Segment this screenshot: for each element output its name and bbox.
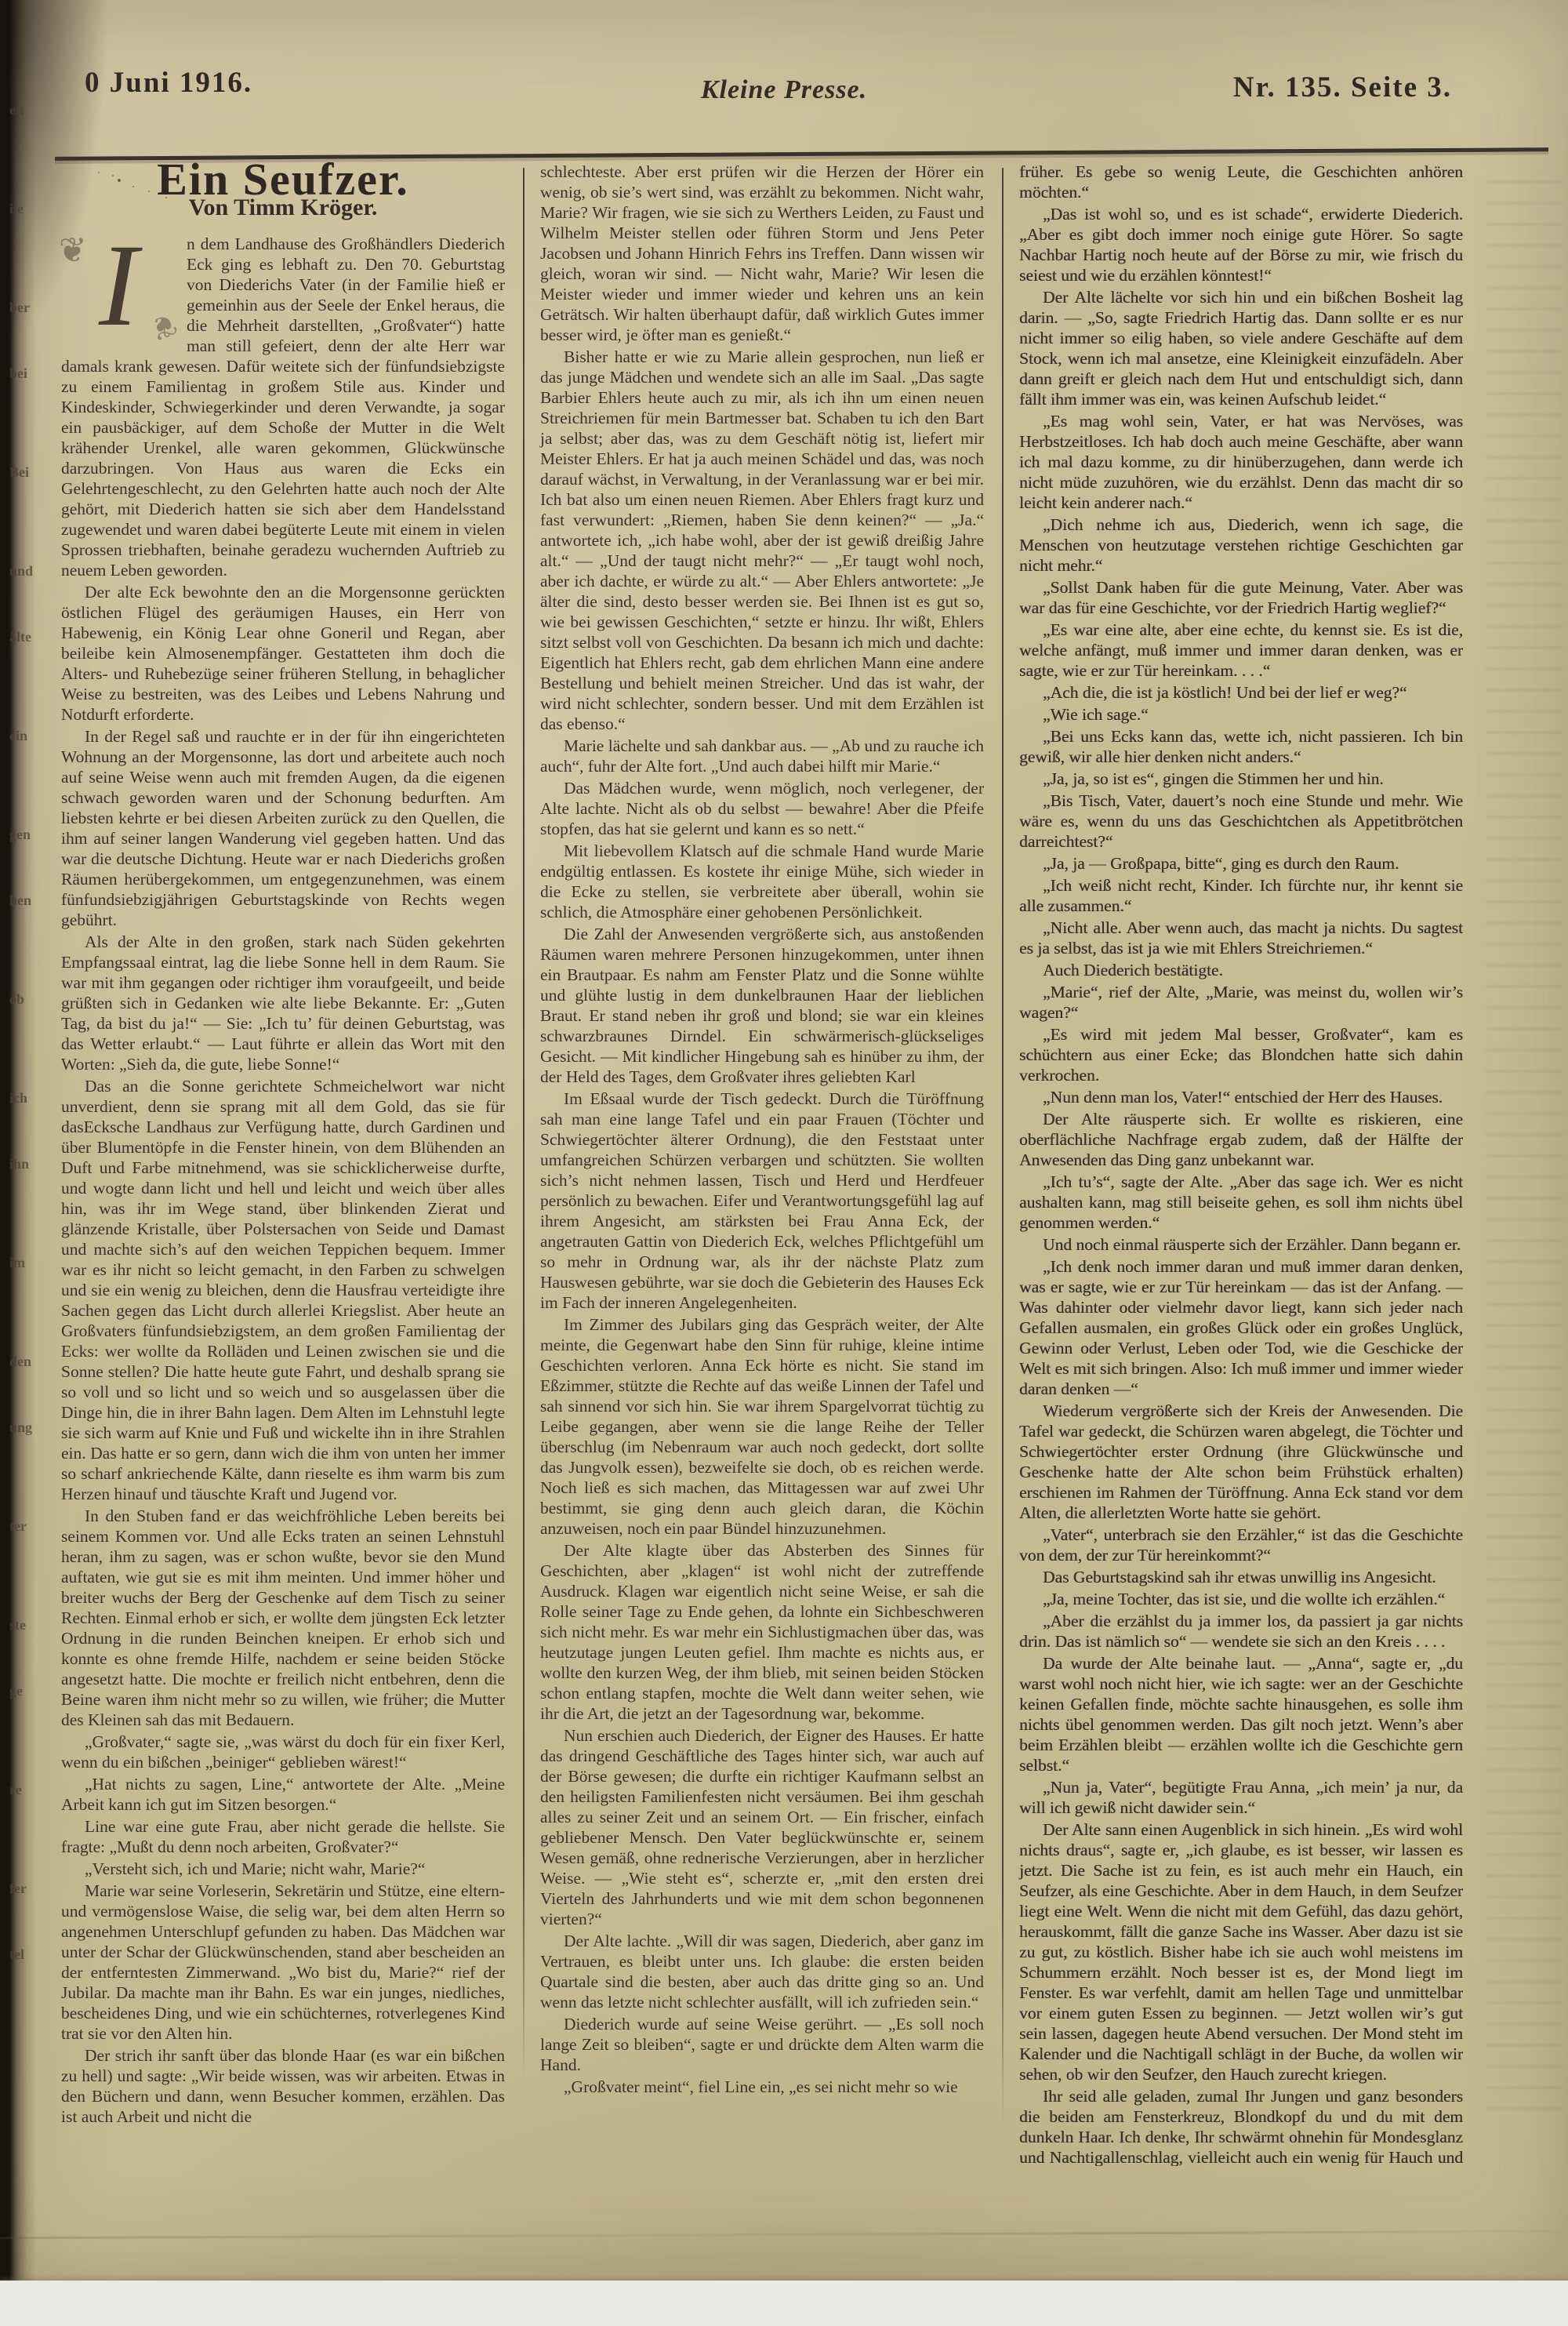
column-2: schlechteste. Aber erst prüfen wir die H… [540, 162, 984, 2099]
column-3: früher. Es gebe so wenig Leute, die Gesc… [1019, 162, 1463, 2166]
paragraph: „Es mag wohl sein, Vater, er hat was Ner… [1019, 411, 1463, 513]
paragraph: Der Alte sann einen Augenblick in sich h… [1019, 1819, 1463, 2084]
column-1: Ein Seufzer. Von Timm Kröger. In dem Lan… [61, 162, 505, 2128]
column-divider-rule-2 [1002, 168, 1004, 2125]
column-2-paragraphs: schlechteste. Aber erst prüfen wir die H… [540, 162, 984, 2097]
paragraph: schlechteste. Aber erst prüfen wir die H… [540, 162, 984, 345]
paragraph: Wiederum vergrößerte sich der Kreis der … [1019, 1401, 1463, 1523]
paragraph: Der alte Eck bewohnte den an die Morgens… [61, 582, 505, 725]
paragraph: „Aber die erzählst du ja immer los, da p… [1019, 1611, 1463, 1652]
paragraph: „Großvater,“ sagte sie, „was wärst du do… [61, 1732, 505, 1772]
edge-fragment: gen [9, 827, 31, 843]
edge-fragment: ter [9, 1518, 27, 1535]
paragraph: Das an die Sonne gerichtete Schmeichelwo… [61, 1076, 505, 1504]
paragraph: Die Zahl der Anwesenden vergrößerte sich… [540, 924, 984, 1087]
ornamental-initial: I [61, 240, 176, 339]
paragraph: „Ich tu’s“, sagte der Alte. „Aber das sa… [1019, 1172, 1463, 1233]
paper-crease [0, 2230, 1568, 2240]
paragraph: „Ja, ja, so ist es“, gingen die Stimmen … [1019, 769, 1463, 789]
scanner-background-strip [0, 2281, 1568, 2326]
header-rule [55, 147, 1548, 161]
paragraph: Marie lächelte und sah dankbar aus. — „A… [540, 736, 984, 776]
edge-fragment: ob [9, 991, 24, 1008]
paragraph: Line war eine gute Frau, aber nicht gera… [61, 1816, 505, 1857]
paragraph: „Bei uns Ecks kann das, wette ich, nicht… [1019, 726, 1463, 767]
edge-fragment: den [9, 1354, 31, 1370]
ink-bleedthrough-right-margin [1486, 180, 1562, 2125]
paragraph: „Marie“, rief der Alte, „Marie, was mein… [1019, 982, 1463, 1023]
article-columns: Ein Seufzer. Von Timm Kröger. In dem Lan… [61, 162, 1463, 2166]
paragraph: Der Alte lachte. „Will dir was sagen, Di… [540, 1931, 984, 2012]
article-byline: Von Timm Kröger. [61, 198, 505, 218]
paragraph: „Versteht sich, ich und Marie; nicht wah… [61, 1859, 505, 1879]
paragraph: Der Alte lächelte vor sich hin und ein b… [1019, 287, 1463, 409]
paragraph: Auch Diederich bestätigte. [1019, 960, 1463, 980]
paragraph: „Bis Tisch, Vater, dauert’s noch eine St… [1019, 790, 1463, 852]
paragraph: Diederich wurde auf seine Weise gerührt.… [540, 2014, 984, 2075]
edge-fragment: Bei [9, 464, 29, 481]
edge-fragment: ung [9, 1419, 32, 1436]
edge-fragment: re [9, 1782, 22, 1798]
edge-fragment: ber [9, 300, 30, 316]
column-divider-rule-1 [523, 168, 524, 2078]
edge-fragment: ge [9, 1683, 23, 1699]
paragraph: „Hat nichts zu sagen, Line,“ antwortete … [61, 1774, 505, 1815]
paragraph: Der Alte klagte über das Absterben des S… [540, 1540, 984, 1724]
paragraph: „Sollst Dank haben für die gute Meinung,… [1019, 577, 1463, 618]
edge-fragment: hen [9, 892, 31, 909]
paragraph: Im Zimmer des Jubilars ging das Gespräch… [540, 1314, 984, 1539]
paragraph: Im Eßsaal wurde der Tisch gedeckt. Durch… [540, 1088, 984, 1313]
paragraph: „Nun denn man los, Vater!“ entschied der… [1019, 1087, 1463, 1107]
edge-fragment: tel [9, 1946, 24, 1963]
edge-fragment: fer [9, 1881, 27, 1897]
paragraph: „Ja, meine Tochter, das ist sie, und die… [1019, 1589, 1463, 1609]
paragraph: „Wie ich sage.“ [1019, 704, 1463, 725]
paragraph: Ihr seid alle geladen, zumal Ihr Jungen … [1019, 2086, 1463, 2166]
edge-fragment: ich [9, 1090, 27, 1107]
paragraph: „Ich weiß nicht recht, Kinder. Ich fürch… [1019, 875, 1463, 916]
article-title: Ein Seufzer. [61, 169, 505, 190]
edge-fragment: ile [9, 201, 24, 217]
paragraph: Der Alte räusperte sich. Er wollte es ri… [1019, 1109, 1463, 1170]
edge-fragment: ihn [9, 1156, 29, 1172]
edge-fragment: ste [9, 1617, 26, 1634]
paragraph: „Nun ja, Vater“, begütigte Frau Anna, „i… [1019, 1777, 1463, 1818]
paragraph: „Großvater meint“, fiel Line ein, „es se… [540, 2077, 984, 2097]
paragraph: „Ach die, die ist ja köstlich! Und bei d… [1019, 682, 1463, 703]
paragraph: Das Mädchen wurde, wenn möglich, noch ve… [540, 778, 984, 839]
paragraph: Da wurde der Alte beinahe laut. — „Anna“… [1019, 1653, 1463, 1775]
column-3-paragraphs: früher. Es gebe so wenig Leute, die Gesc… [1019, 162, 1463, 2166]
edge-fragment: älte [9, 629, 31, 645]
paragraph: Als der Alte in den großen, stark nach S… [61, 932, 505, 1074]
column-1-paragraphs: Der alte Eck bewohnte den an die Morgens… [61, 582, 505, 2127]
paragraph: Das Geburtstagskind sah ihr etwas unwill… [1019, 1567, 1463, 1587]
paragraph: Bisher hatte er wie zu Marie allein gesp… [540, 347, 984, 734]
edge-fragment: und [9, 563, 33, 580]
paragraph: „Ich denk noch immer daran und muß immer… [1019, 1256, 1463, 1399]
issue-and-page-number: Nr. 135. Seite 3. [1233, 71, 1452, 104]
paragraph: früher. Es gebe so wenig Leute, die Gesc… [1019, 162, 1463, 202]
paragraph: „Es war eine alte, aber eine echte, du k… [1019, 620, 1463, 681]
newspaper-page-scan: eitileberbeiBeiundälteeingenhenobichihni… [0, 0, 1568, 2281]
paragraph: „Dich nehme ich aus, Diederich, wenn ich… [1019, 514, 1463, 576]
paragraph: Und noch einmal räusperte sich der Erzäh… [1019, 1234, 1463, 1255]
paragraph: „Vater“, unterbrach sie den Erzähler,“ i… [1019, 1525, 1463, 1565]
paragraph: In der Regel saß und rauchte er in der f… [61, 726, 505, 930]
paragraph: Der strich ihr sanft über das blonde Haa… [61, 2045, 505, 2127]
edge-fragment: ein [9, 728, 27, 744]
edge-fragment: im [9, 1255, 25, 1271]
paragraph: „Nicht alle. Aber wenn auch, das macht j… [1019, 918, 1463, 958]
paragraph: „Es wird mit jedem Mal besser, Großvater… [1019, 1024, 1463, 1085]
paragraph: „Ja, ja — Großpapa, bitte“, ging es durc… [1019, 853, 1463, 874]
paragraph: Mit liebevollem Klatsch auf die schmale … [540, 841, 984, 922]
edge-fragment: bei [9, 365, 27, 382]
paragraph: „Das ist wohl so, und es ist schade“, er… [1019, 204, 1463, 285]
paragraph: Marie war seine Vorleserin, Sekretärin u… [61, 1881, 505, 2044]
adjacent-page-text-fragments: eitileberbeiBeiundälteeingenhenobichihni… [9, 0, 58, 2117]
paragraph: Nun erschien auch Diederich, der Eigner … [540, 1725, 984, 1929]
paragraph: In den Stuben fand er das weichfröhliche… [61, 1506, 505, 1730]
opening-paragraph: In dem Landhause des Großhändlers Dieder… [61, 234, 505, 580]
